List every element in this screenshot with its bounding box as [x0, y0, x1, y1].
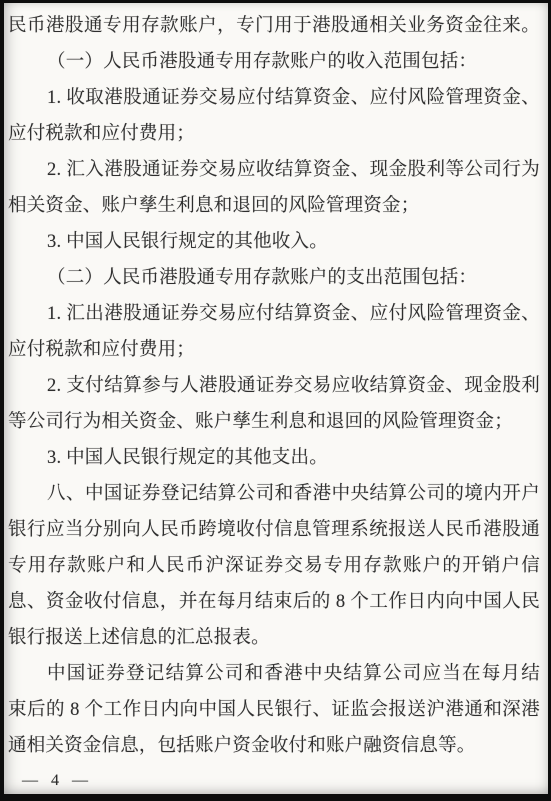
text-line: 应付税款和应付费用；	[8, 116, 540, 152]
text-line: 1. 收取港股通证券交易应付结算资金、应付风险管理资金、	[8, 80, 540, 116]
text-line: 专用存款账户和人民币沪深证券交易专用存款账户的开销户信	[8, 548, 540, 584]
text-line: 八、中国证券登记结算公司和香港中央结算公司的境内开户	[8, 476, 540, 512]
text-line: 3. 中国人民银行规定的其他支出。	[8, 440, 540, 476]
text-line: 1. 汇出港股通证券交易应付结算资金、应付风险管理资金、	[8, 296, 540, 332]
document-page: 民币港股通专用存款账户，专门用于港股通相关业务资金往来。（一）人民币港股通专用存…	[0, 0, 551, 801]
text-line: （一）人民币港股通专用存款账户的收入范围包括：	[8, 44, 540, 80]
text-line: 中国证券登记结算公司和香港中央结算公司应当在每月结	[8, 656, 540, 692]
text-line: 束后的 8 个工作日内向中国人民银行、证监会报送沪港通和深港	[8, 692, 540, 728]
text-line: 等公司行为相关资金、账户孳生利息和退回的风险管理资金；	[8, 404, 540, 440]
text-line: 银行报送上述信息的汇总报表。	[8, 620, 540, 656]
text-line: 应付税款和应付费用；	[8, 332, 540, 368]
text-line: 息、资金收付信息，并在每月结束后的 8 个工作日内向中国人民	[8, 584, 540, 620]
text-line: 通相关资金信息，包括账户资金收付和账户融资信息等。	[8, 728, 540, 764]
text-line: 2. 汇入港股通证券交易应收结算资金、现金股利等公司行为	[8, 152, 540, 188]
text-line: 相关资金、账户孳生利息和退回的风险管理资金；	[8, 188, 540, 224]
text-line: 3. 中国人民银行规定的其他收入。	[8, 224, 540, 260]
text-line: 2. 支付结算参与人港股通证券交易应收结算资金、现金股利	[8, 368, 540, 404]
text-line: 民币港股通专用存款账户，专门用于港股通相关业务资金往来。	[8, 8, 540, 44]
document-body: 民币港股通专用存款账户，专门用于港股通相关业务资金往来。（一）人民币港股通专用存…	[4, 3, 548, 764]
text-line: 银行应当分别向人民币跨境收付信息管理系统报送人民币港股通	[8, 512, 540, 548]
text-line: （二）人民币港股通专用存款账户的支出范围包括：	[8, 260, 540, 296]
page-number: — 4 —	[22, 770, 90, 792]
